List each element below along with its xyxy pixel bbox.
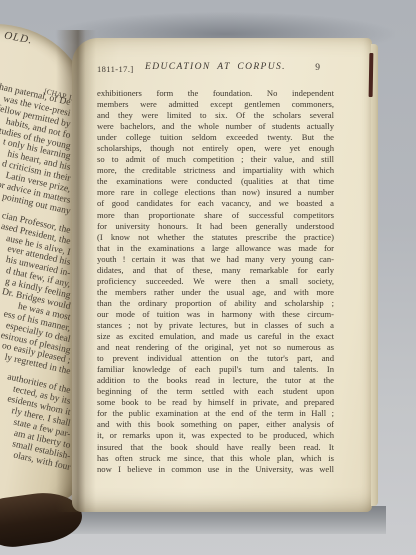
text-line: for university honours. It had been gene… <box>97 221 334 232</box>
right-page: 1811-17.] EDUCATION AT CORPUS. 9 exhibit… <box>72 38 372 512</box>
text-line: for the public examination at the end of… <box>97 408 334 419</box>
left-running-header: OLD. <box>3 29 34 46</box>
text-line: of good candidates for each vacancy, and… <box>97 198 334 209</box>
text-line: stances ; not by private lectures, but i… <box>97 320 334 331</box>
text-line: members were admitted except gentlemen c… <box>97 99 334 110</box>
text-line: more, the creditable strictness and impa… <box>97 165 334 176</box>
text-line: exhibitioners form the foundation. No in… <box>97 88 334 99</box>
header-page-number: 9 <box>315 63 320 73</box>
text-line: than the ordinary proportion of ability … <box>97 298 334 309</box>
header-date-range: 1811-17.] <box>97 64 134 74</box>
text-line: (I know not whether the statutes prescri… <box>97 232 334 243</box>
text-line: so to admit of much competition ; their … <box>97 154 334 165</box>
text-line: has often struck me since, that this who… <box>97 453 334 464</box>
text-line: the examinations were conducted (qualiti… <box>97 176 334 187</box>
text-line: and with this book something on paper, e… <box>97 419 334 430</box>
text-line: under college tuition seldom exceeded tw… <box>97 132 334 143</box>
left-page-text: han paternal, of Dewas the vice-presifel… <box>0 100 79 475</box>
text-line: the members rather under the usual age, … <box>97 287 334 298</box>
text-line: didates, and that of these, many remarka… <box>97 265 334 276</box>
text-line: and they were limited to six. Of the sch… <box>97 110 334 121</box>
cover-edge <box>369 53 374 97</box>
text-line: insured that the book should have really… <box>97 442 334 453</box>
text-line: proficiency succeeded. We were then a sm… <box>97 276 334 287</box>
text-line: to prevent individual attention on the t… <box>97 353 334 364</box>
text-line: more than proportionate share of success… <box>97 210 334 221</box>
text-line: more rare in college elections than now)… <box>97 187 334 198</box>
text-line: addition to the books read in lecture, t… <box>97 375 334 386</box>
header-title: EDUCATION AT CORPUS. <box>145 62 286 72</box>
text-line: some book to be read by himself in priva… <box>97 397 334 408</box>
text-line: were bachelors, and the whole number of … <box>97 121 334 132</box>
book-photo: OLD. [CHAP. I. han paternal, of Dewas th… <box>0 0 416 555</box>
text-line: youth ! certain it was that we had many … <box>97 254 334 265</box>
text-line: familiar knowledge of each pupil's turn … <box>97 364 334 375</box>
text-line: it, or remarks upon it, was expected to … <box>97 430 334 441</box>
right-page-text: exhibitioners form the foundation. No in… <box>97 88 334 475</box>
text-line: our mode of tuition was in harmony with … <box>97 309 334 320</box>
text-line: now I believe in common use in the Unive… <box>97 464 334 475</box>
text-line: scholarships, though not entirely open, … <box>97 143 334 154</box>
page-header: 1811-17.] EDUCATION AT CORPUS. 9 <box>97 62 334 75</box>
fore-edge <box>371 44 378 506</box>
text-line: beginning of the term settled with each … <box>97 386 334 397</box>
text-line: and neat rendering of the original, yet … <box>97 342 334 353</box>
text-line: size as excited emulation, and made us c… <box>97 331 334 342</box>
text-line: that in the examinations a large allowan… <box>97 243 334 254</box>
